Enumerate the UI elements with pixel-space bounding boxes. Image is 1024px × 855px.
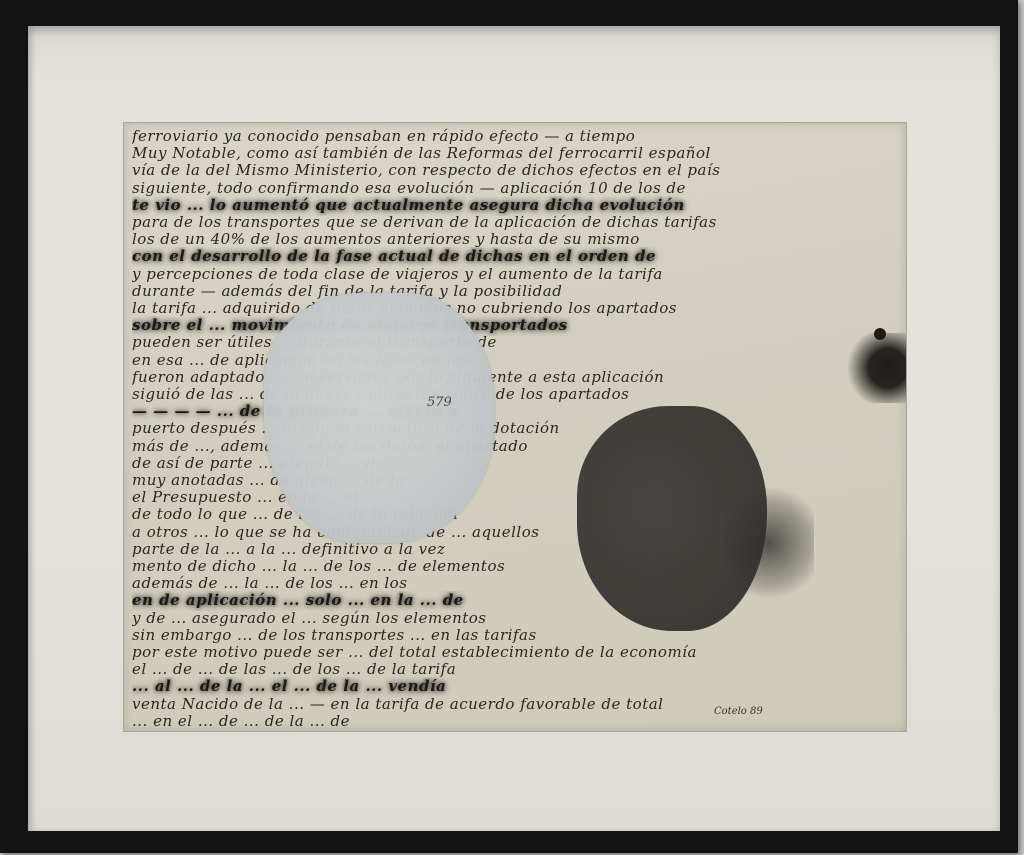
light-wash-blot [264, 293, 494, 543]
dark-ink-blot [577, 406, 767, 631]
artist-signature: Cotelo 89 [714, 706, 763, 717]
manuscript-paper: ferroviario ya conocido pensaban en rápi… [123, 122, 907, 732]
faint-numeral: 579 [427, 395, 452, 410]
ink-drop [874, 328, 886, 340]
handwriting-line: ... en el ... de ... de la ... de [132, 712, 898, 732]
picture-frame: ferroviario ya conocido pensaban en rápi… [0, 0, 1018, 853]
mat-board: ferroviario ya conocido pensaban en rápi… [28, 26, 1000, 831]
edge-ink-spatter [846, 333, 906, 403]
